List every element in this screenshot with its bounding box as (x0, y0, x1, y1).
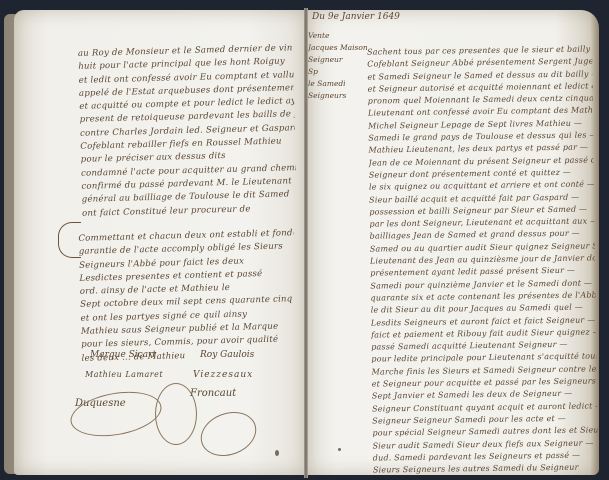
left-second-paragraph: Commettant et chacun deux ont establi et… (78, 227, 296, 366)
signature: Viezzesaux (193, 370, 253, 380)
signature: Marque Sicart (90, 350, 156, 360)
signature: Mathieu Lamaret (85, 370, 163, 379)
open-manuscript-book: au Roy de Monsieur et le Samed dernier d… (0, 0, 609, 480)
right-margin-notes: Vente Jacques Maison Seigneur Sp le Same… (308, 30, 368, 102)
left-main-paragraph: au Roy de Monsieur et le Samed dernier d… (78, 42, 297, 220)
signature: Froncaut (190, 388, 236, 399)
ink-spot (338, 448, 341, 451)
margin-note: Vente (308, 30, 368, 42)
margin-note: Sp (308, 66, 368, 78)
signature-flourish (195, 405, 263, 464)
signatures-block: Marque Sicart Mathieu Lamaret Roy Gauloi… (85, 348, 305, 458)
signature: Roy Gaulois (200, 350, 254, 360)
margin-note: Jacques Maison (308, 42, 368, 54)
margin-note: le Samedi (308, 78, 368, 90)
right-main-paragraph: Sachent tous par ces presentes que le si… (367, 43, 598, 476)
margin-note: Seigneur (308, 54, 368, 66)
entry-date-header: Du 9e Janvier 1649 (312, 12, 400, 22)
margin-note: Seigneurs (308, 90, 368, 102)
signature-flourish (155, 383, 197, 445)
ink-spot (275, 450, 279, 456)
